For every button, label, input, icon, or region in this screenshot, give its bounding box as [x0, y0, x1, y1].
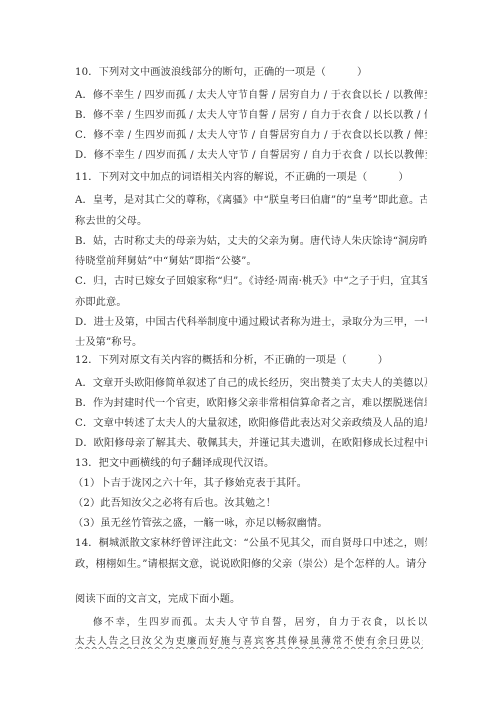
question-10-option-c: C．修不幸 / 生四岁而孤 / 太夫人守节 / 自誓居穷自力 / 于衣食以长以教… — [75, 129, 427, 143]
question-10-option-a: A．修不幸生 / 四岁而孤 / 太夫人守节自誓 / 居穷自力 / 于衣食以长 /… — [75, 89, 427, 103]
question-13-item-2: （2）此吾知汝父之必将有后也。汝其勉之！ — [73, 497, 425, 511]
question-12-option-b: B．作为封建时代一个官吏，欧阳修父亲非常相信算命者之言，难以摆脱迷信思想。 — [75, 397, 427, 411]
question-13-item-3: （3）虽无丝竹管弦之盛，一觞一咏，亦足以畅叙幽情。 — [73, 517, 425, 531]
question-11-option-d: D．进士及第，中国古代科举制度中通过殿试者称为进士，录取分为三甲，一甲三名，赐“… — [75, 316, 427, 330]
question-14-line-1: 14．桐城派散文家林纾曾评注此文：“公虽不见其父，而自贤母口中述之，则崇公之仁心… — [75, 537, 427, 551]
question-12-stem: 12．下列对原文有关内容的概括和分析，不正确的一项是（ ） — [75, 354, 427, 368]
question-13-stem: 13．把文中画横线的句子翻译成现代汉语。 — [75, 457, 427, 471]
passage-line-1: 修不幸，生四岁而孤。太夫人守节自誓，居穷，自力于衣食，以长以教，俾至于成人。 — [93, 616, 429, 630]
question-11-option-c-cont: 亦即此意。 — [75, 296, 427, 310]
reading-instruction: 阅读下面的文言文，完成下面小题。 — [75, 593, 427, 607]
question-12-option-a: A．文章开头欧阳修简单叙述了自己的成长经历，突出赞美了太夫人的美德以及付出。 — [75, 377, 427, 391]
question-11-option-a-cont: 称去世的父母。 — [75, 215, 427, 229]
question-11-option-c: C．归，古时已嫁女子回娘家称“归”。《诗经·周南·桃夭》中“之子于归，宜其室家”… — [75, 275, 427, 289]
question-11-option-d-cont: 士及第”称号。 — [75, 336, 427, 350]
question-11-stem: 11．下列对文中加点的词语相关内容的解说，不正确的一项是（ ） — [75, 171, 427, 185]
question-12-option-c: C．文章中转述了太夫人的大量叙述，欧阳修借此表达对父亲政绩及人品的追思。 — [75, 417, 427, 431]
document-page: 10．下列对文中画波浪线部分的断句，正确的一项是（ ） A．修不幸生 / 四岁而… — [0, 0, 499, 706]
question-12-option-d: D．欧阳修母亲了解其夫、敬佩其夫，并谨记其夫遗训，在欧阳修成长过程中谆谆教诲。 — [75, 437, 427, 451]
question-11-option-b-cont: 待晓堂前拜舅姑”中“舅姑”即指“公婆”。 — [75, 255, 427, 269]
question-11-option-b: B．姑，古时称丈夫的母亲为姑，丈夫的父亲为舅。唐代诗人朱庆馀诗“洞房昨夜停红烛， — [75, 235, 427, 249]
question-10-option-b: B．修不幸 / 生四岁而孤 / 太夫人守节自誓 / 居穷 / 自力于衣食 / 以… — [75, 109, 427, 123]
passage-line-2: 太夫人告之曰汝父为吏廉而好施与喜宾客其俸禄虽薄常不使有余曰毋以是为我累吾何恃而 — [75, 635, 423, 649]
question-13-item-1: （1）卜吉于泷冈之六十年，其子修始克表于其阡。 — [73, 477, 425, 491]
question-10-stem: 10．下列对文中画波浪线部分的断句，正确的一项是（ ） — [75, 66, 427, 80]
question-14-line-2: 政，栩栩如生。”请根据文意，说说欧阳修的父亲（崇公）是个怎样的人。请分条概括。 — [75, 558, 427, 572]
question-11-option-a: A．皇考，是对其亡父的尊称，《离骚》中“朕皇考曰伯庸”的“皇考”即此意。古人常用… — [75, 194, 427, 208]
question-10-option-d: D．修不幸生 / 四岁而孤 / 太夫人守节 / 自誓居穷 / 自力于衣食 / 以… — [75, 149, 427, 163]
wavy-underlined-text: 太夫人告之曰汝父为吏廉而好施与喜宾客其俸禄虽薄常不使有余曰毋以是为我累吾何恃而 — [75, 636, 423, 647]
